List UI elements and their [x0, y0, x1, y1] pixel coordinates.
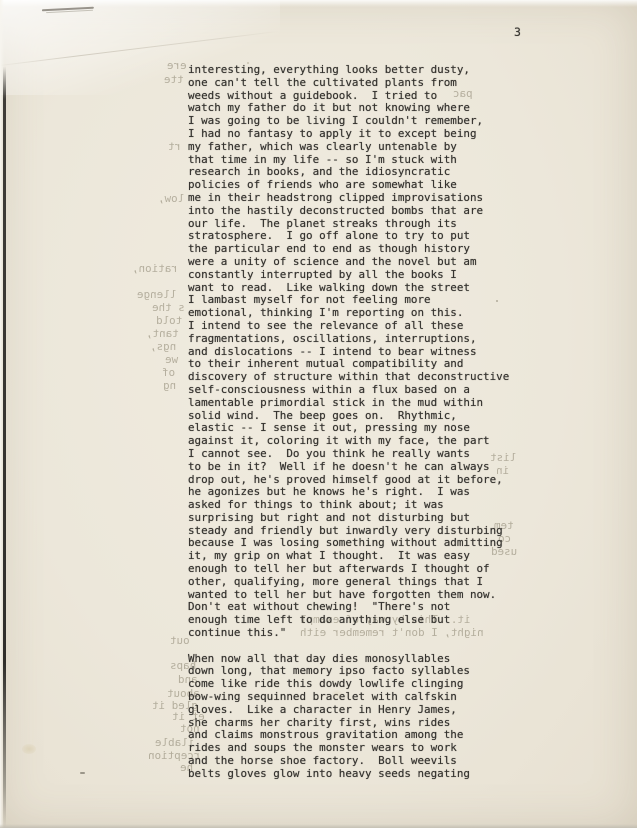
scan-edge-bottom	[0, 824, 637, 828]
bleed-through-fragment: low,	[158, 193, 184, 206]
bleed-through-fragment: ere	[167, 60, 187, 73]
bleed-through-fragment: rt	[168, 141, 181, 154]
paragraph: interesting, everything looks better dus…	[188, 64, 528, 640]
typewritten-text-block: interesting, everything looks better dus…	[188, 64, 528, 781]
bleed-through-fragment: out	[170, 635, 190, 648]
bleed-through-fragment: tte	[164, 74, 184, 87]
bleed-through-fragment: told	[156, 315, 182, 328]
bleed-through-fragment: ng	[163, 380, 176, 393]
paragraph: When now all that day dies monosyllables…	[188, 653, 528, 781]
paper-speck	[80, 772, 85, 774]
bleed-through-fragment: ration,	[132, 263, 178, 276]
page-number: 3	[514, 25, 521, 39]
paper-stain	[22, 744, 36, 754]
bleed-through-fragment: s the	[152, 302, 185, 315]
paper-speck	[496, 300, 498, 302]
scanned-page: 3 erettepacrtlow,ration,llenges thetoldt…	[0, 0, 637, 828]
bleed-through-fragment: tant,	[146, 328, 179, 341]
scan-edge-left	[3, 0, 6, 828]
paper-speck	[247, 62, 249, 64]
scan-edge-top	[0, 0, 637, 7]
paper-stain	[332, 690, 342, 698]
bleed-through-fragment: llenge	[137, 289, 176, 302]
crease-line	[0, 31, 280, 67]
staple-mark-icon	[42, 7, 94, 15]
bleed-through-fragment: of	[162, 367, 175, 380]
bleed-through-fragment: we	[165, 354, 178, 367]
bleed-through-fragment: ngs,	[150, 341, 176, 354]
